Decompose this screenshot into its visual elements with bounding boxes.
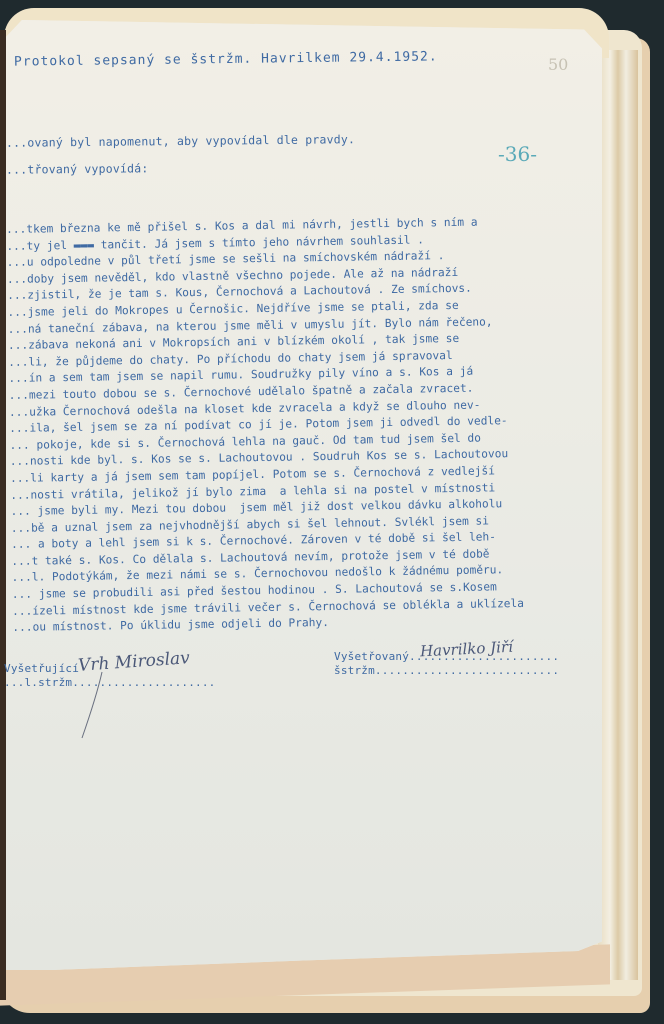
suspect-rank-line: šstržm........................... bbox=[334, 664, 559, 677]
page-stack-edges bbox=[598, 50, 638, 980]
intro-line-2: ...třovaný vypovídá: bbox=[6, 161, 149, 176]
signature-stroke-icon bbox=[80, 670, 110, 740]
testimony-body: ...tkem března ke mě přišel s. Kos a dal… bbox=[6, 214, 524, 637]
page-number: -36- bbox=[498, 142, 537, 166]
pencil-folio-mark: 50 bbox=[548, 55, 568, 74]
investigator-label: Vyšetřující bbox=[4, 662, 79, 675]
